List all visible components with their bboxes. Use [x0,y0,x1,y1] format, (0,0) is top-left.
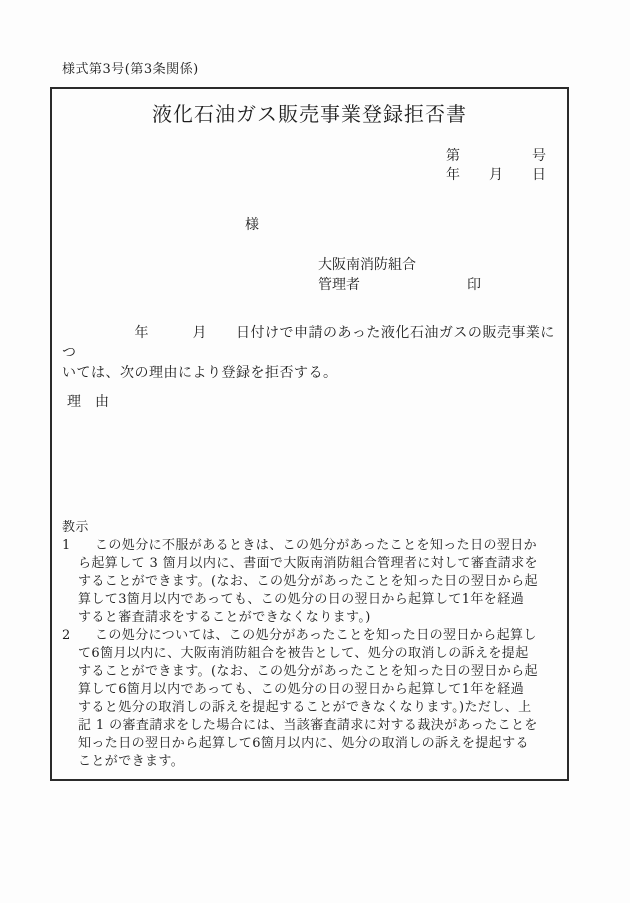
sender-organization: 大阪南消防組合 [318,255,481,275]
rejection-statement: 年 月 日付けで申請のあった液化石油ガスの販売事業につ いては、次の理由により登… [62,323,560,383]
document-title: 液化石油ガス販売事業登録拒否書 [52,98,567,127]
date-month-label: 月 [489,164,503,184]
date-year-label: 年 [446,164,460,184]
notice-item-2-number: 2 [62,627,71,645]
sender-role: 管理者 [318,275,360,295]
document-date-line: 年 月 日 [446,164,546,184]
document-number-line: 第 号 [446,145,546,165]
notice-item-1-text: この処分に不服があるときは、この処分があったことを知った日の翌日か ら起算して … [62,537,565,627]
document-border-box: 液化石油ガス販売事業登録拒否書 第 号 年 月 日 様 大阪南消防組合 管理者 … [50,87,569,781]
date-day-label: 日 [532,164,546,184]
document-page: 様式第3号(第3条関係) 液化石油ガス販売事業登録拒否書 第 号 年 月 日 様… [0,0,630,903]
reason-label: 理 由 [67,391,109,411]
notice-item-1-number: 1 [62,537,71,555]
seal-placeholder: 印 [467,275,481,295]
notice-item-2: 2 この処分については、この処分があったことを知った日の翌日から起算し て6箇月… [62,627,565,771]
document-number-suffix: 号 [532,145,546,165]
addressee-honorific: 様 [245,214,259,234]
notice-item-1: 1 この処分に不服があるときは、この処分があったことを知った日の翌日か ら起算し… [62,537,565,627]
notice-item-2-text: この処分については、この処分があったことを知った日の翌日から起算し て6箇月以内… [62,627,565,771]
sender-role-line: 管理者 印 [318,275,481,295]
notice-heading: 教示 [62,519,565,537]
form-number-label: 様式第3号(第3条関係) [62,58,199,77]
document-number-prefix: 第 [446,145,460,165]
sender-block: 大阪南消防組合 管理者 印 [318,255,481,295]
notice-section: 教示 1 この処分に不服があるときは、この処分があったことを知った日の翌日か ら… [62,519,565,771]
